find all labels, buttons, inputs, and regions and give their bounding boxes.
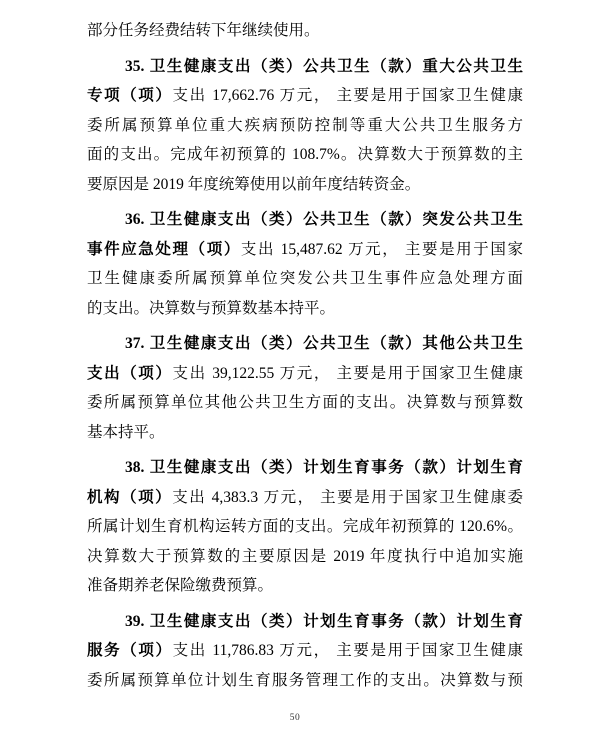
body-text-segment: 准备期养老保险缴费预算。 bbox=[87, 577, 273, 594]
text-line: 37. 卫生健康支出（类）公共卫生（款）其他公共卫生 bbox=[87, 329, 523, 359]
text-line: 基本持平。 bbox=[87, 418, 523, 448]
text-line: 准备期养老保险缴费预算。 bbox=[87, 571, 523, 601]
body-text-segment: 基本持平。 bbox=[87, 424, 165, 441]
text-line: 专项（项）支出 17,662.76 万元， 主要是用于国家卫生健康 bbox=[87, 81, 523, 111]
text-line: 39. 卫生健康支出（类）计划生育事务（款）计划生育 bbox=[87, 607, 523, 637]
text-line: 委所属预算单位计划生育服务管理工作的支出。决算数与预 bbox=[87, 666, 523, 696]
document-page: 部分任务经费结转下年继续使用。35. 卫生健康支出（类）公共卫生（款）重大公共卫… bbox=[0, 0, 590, 747]
heading-segment: 专项（项） bbox=[87, 87, 173, 104]
heading-segment: 39. 卫生健康支出（类）计划生育事务（款）计划生育 bbox=[125, 613, 523, 630]
text-line: 委所属预算单位重大疾病预防控制等重大公共卫生服务方 bbox=[87, 111, 523, 141]
heading-segment: 36. 卫生健康支出（类）公共卫生（款）突发公共卫生 bbox=[125, 211, 523, 228]
page-number: 50 bbox=[0, 713, 590, 723]
text-line: 卫生健康委所属预算单位突发公共卫生事件应急处理方面 bbox=[87, 264, 523, 294]
paragraph-item-35: 35. 卫生健康支出（类）公共卫生（款）重大公共卫生专项（项）支出 17,662… bbox=[87, 52, 523, 200]
body-text-segment: 所属计划生育机构运转方面的支出。完成年初预算的 120.6%。 bbox=[87, 518, 523, 535]
body-text-segment: 卫生健康委所属预算单位突发公共卫生事件应急处理方面 bbox=[87, 270, 523, 287]
body-text-segment: 支出 15,487.62 万元， 主要是用于国家 bbox=[241, 241, 523, 258]
text-line: 36. 卫生健康支出（类）公共卫生（款）突发公共卫生 bbox=[87, 205, 523, 235]
text-line: 支出（项）支出 39,122.55 万元， 主要是用于国家卫生健康 bbox=[87, 359, 523, 389]
text-line: 机构（项）支出 4,383.3 万元， 主要是用于国家卫生健康委 bbox=[87, 483, 523, 513]
body-text-segment: 部分任务经费结转下年继续使用。 bbox=[87, 22, 320, 39]
body-text-segment: 委所属预算单位重大疾病预防控制等重大公共卫生服务方 bbox=[87, 117, 523, 134]
heading-segment: 38. 卫生健康支出（类）计划生育事务（款）计划生育 bbox=[125, 459, 523, 476]
text-line: 部分任务经费结转下年继续使用。 bbox=[87, 16, 523, 46]
text-line: 决算数大于预算数的主要原因是 2019 年度执行中追加实施 bbox=[87, 542, 523, 572]
heading-segment: 事件应急处理（项） bbox=[87, 241, 241, 258]
body-text-segment: 的支出。决算数与预算数基本持平。 bbox=[87, 300, 335, 317]
page-content: 部分任务经费结转下年继续使用。35. 卫生健康支出（类）公共卫生（款）重大公共卫… bbox=[87, 16, 523, 695]
heading-segment: 35. 卫生健康支出（类）公共卫生（款）重大公共卫生 bbox=[125, 58, 523, 75]
text-line: 面的支出。完成年初预算的 108.7%。决算数大于预算数的主 bbox=[87, 140, 523, 170]
text-line: 38. 卫生健康支出（类）计划生育事务（款）计划生育 bbox=[87, 453, 523, 483]
text-line: 委所属预算单位其他公共卫生方面的支出。决算数与预算数 bbox=[87, 388, 523, 418]
body-text-segment: 决算数大于预算数的主要原因是 2019 年度执行中追加实施 bbox=[87, 548, 523, 565]
body-text-segment: 支出 39,122.55 万元， 主要是用于国家卫生健康 bbox=[173, 365, 523, 382]
body-text-segment: 支出 17,662.76 万元， 主要是用于国家卫生健康 bbox=[173, 87, 523, 104]
paragraph-carryover-note: 部分任务经费结转下年继续使用。 bbox=[87, 16, 523, 46]
paragraph-item-39: 39. 卫生健康支出（类）计划生育事务（款）计划生育服务（项）支出 11,786… bbox=[87, 607, 523, 696]
heading-segment: 支出（项） bbox=[87, 365, 173, 382]
text-line: 的支出。决算数与预算数基本持平。 bbox=[87, 294, 523, 324]
body-text-segment: 要原因是 2019 年度统筹使用以前年度结转资金。 bbox=[87, 176, 420, 193]
body-text-segment: 委所属预算单位计划生育服务管理工作的支出。决算数与预 bbox=[87, 672, 523, 689]
paragraph-item-38: 38. 卫生健康支出（类）计划生育事务（款）计划生育机构（项）支出 4,383.… bbox=[87, 453, 523, 601]
text-line: 要原因是 2019 年度统筹使用以前年度结转资金。 bbox=[87, 170, 523, 200]
body-text-segment: 支出 11,786.83 万元， 主要是用于国家卫生健康 bbox=[173, 642, 523, 659]
text-line: 服务（项）支出 11,786.83 万元， 主要是用于国家卫生健康 bbox=[87, 636, 523, 666]
body-text-segment: 支出 4,383.3 万元， 主要是用于国家卫生健康委 bbox=[172, 489, 523, 506]
body-text-segment: 面的支出。完成年初预算的 108.7%。决算数大于预算数的主 bbox=[87, 146, 523, 163]
text-line: 事件应急处理（项）支出 15,487.62 万元， 主要是用于国家 bbox=[87, 235, 523, 265]
paragraph-item-37: 37. 卫生健康支出（类）公共卫生（款）其他公共卫生支出（项）支出 39,122… bbox=[87, 329, 523, 447]
paragraph-item-36: 36. 卫生健康支出（类）公共卫生（款）突发公共卫生事件应急处理（项）支出 15… bbox=[87, 205, 523, 323]
heading-segment: 机构（项） bbox=[87, 489, 172, 506]
body-text-segment: 委所属预算单位其他公共卫生方面的支出。决算数与预算数 bbox=[87, 394, 523, 411]
text-line: 35. 卫生健康支出（类）公共卫生（款）重大公共卫生 bbox=[87, 52, 523, 82]
heading-segment: 服务（项） bbox=[87, 642, 173, 659]
heading-segment: 37. 卫生健康支出（类）公共卫生（款）其他公共卫生 bbox=[125, 335, 523, 352]
text-line: 所属计划生育机构运转方面的支出。完成年初预算的 120.6%。 bbox=[87, 512, 523, 542]
